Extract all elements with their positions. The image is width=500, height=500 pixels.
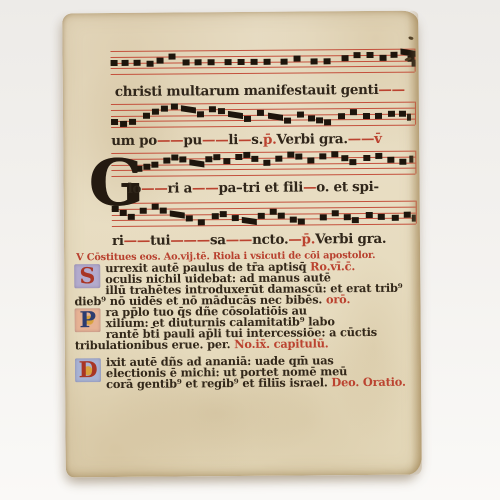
neume bbox=[143, 113, 150, 119]
prose-line: corā gentib⁹ et regib⁹ et filiīs israel.… bbox=[75, 376, 423, 390]
neume bbox=[225, 59, 232, 65]
neume bbox=[129, 119, 136, 125]
neume bbox=[399, 159, 406, 165]
neume bbox=[264, 59, 271, 65]
neume bbox=[388, 111, 395, 117]
neume bbox=[363, 155, 370, 161]
chant-syllable: um po bbox=[111, 133, 157, 149]
neume bbox=[331, 151, 338, 157]
chant-syllable: Verbi gra. bbox=[276, 131, 347, 148]
neume bbox=[223, 158, 230, 164]
chant-syllable: ri bbox=[112, 233, 124, 249]
neume bbox=[378, 214, 385, 220]
prose-text-layer: Surrexit autē paulus de tr̄a aptisq̄ Ro.… bbox=[62, 11, 418, 14]
chant-rubric-segment: v̄ bbox=[374, 131, 382, 147]
neume bbox=[235, 154, 242, 160]
prose-text: corā gentib⁹ et regib⁹ et filiīs israel. bbox=[106, 375, 328, 391]
music-staves bbox=[62, 11, 418, 14]
neume bbox=[270, 209, 277, 215]
neume bbox=[350, 109, 357, 115]
neume bbox=[316, 117, 323, 123]
neume bbox=[220, 211, 227, 217]
prose-line: tribulationibus erue. per. No.ix̄. capit… bbox=[75, 337, 423, 351]
prose-paragraph: Dixit autē dñs ad ananiā: uade qm̄ uasel… bbox=[75, 355, 423, 390]
neume bbox=[120, 121, 127, 127]
neume bbox=[332, 210, 339, 216]
neume bbox=[298, 219, 305, 225]
music-staff bbox=[112, 201, 417, 226]
prose-paragraph: Surrexit autē paulus de tr̄a aptisq̄ Ro.… bbox=[74, 261, 422, 307]
illuminated-initial-P: P bbox=[74, 308, 100, 332]
chant-text-line: um po——pu——li—s.p̄.Verbi gra.——v̄ bbox=[111, 132, 382, 149]
chant-rubric-segment: p̄. bbox=[263, 132, 277, 148]
neume bbox=[295, 154, 302, 160]
neume bbox=[320, 214, 327, 220]
chant-syllable: sa bbox=[210, 232, 226, 248]
neume bbox=[275, 156, 282, 162]
neume bbox=[163, 158, 170, 164]
chant-rubric-segment: —— bbox=[157, 132, 184, 148]
neume bbox=[257, 110, 264, 116]
neume bbox=[197, 111, 204, 117]
initial-letter: D bbox=[78, 359, 97, 381]
chant-text-line: ri——tui———sa——ncto.—p̄.Verbi gra. bbox=[112, 232, 386, 249]
neume bbox=[344, 214, 351, 220]
chant-rubric-segment: — bbox=[303, 179, 316, 195]
chant-rubric-segment: —— bbox=[124, 233, 151, 249]
chant-rubric-segment: —— bbox=[141, 181, 168, 197]
music-staff bbox=[111, 102, 416, 127]
illuminated-initial-D: D bbox=[75, 358, 101, 382]
staff-line bbox=[111, 174, 415, 177]
chant-rubric-segment: —— bbox=[378, 82, 405, 98]
illuminated-initial-S: S bbox=[74, 264, 100, 288]
neume bbox=[179, 156, 186, 162]
chant-rubric-segment: ——— bbox=[170, 232, 210, 248]
neume bbox=[244, 116, 251, 122]
neume bbox=[307, 157, 314, 163]
neume bbox=[294, 56, 301, 62]
staff-line bbox=[111, 168, 415, 171]
neume bbox=[363, 113, 370, 119]
chant-syllable: pa–tri et fili bbox=[218, 180, 303, 197]
neume bbox=[238, 59, 245, 65]
chant-syllable: Verbi gra. bbox=[315, 231, 386, 248]
neume bbox=[366, 212, 373, 218]
staff-line bbox=[111, 125, 415, 128]
chant-rubric-segment: — bbox=[238, 132, 251, 148]
neume bbox=[290, 217, 297, 223]
prose-paragraph: Pra pp̄lo tuo q̄s dñe cōsolatiōis auxili… bbox=[74, 305, 422, 351]
chant-rubric-segment: —— bbox=[226, 232, 253, 248]
neume bbox=[111, 119, 118, 125]
neume bbox=[297, 112, 304, 118]
neume bbox=[353, 52, 360, 58]
chant-rubric-segment: — bbox=[288, 232, 301, 248]
neume bbox=[311, 58, 318, 64]
neume bbox=[170, 210, 185, 218]
neume bbox=[195, 59, 202, 65]
chant-syllable: ri a bbox=[167, 180, 192, 196]
neume bbox=[189, 159, 204, 167]
neume bbox=[183, 59, 190, 65]
rubric-segment: Deo. Oratio. bbox=[328, 375, 406, 390]
staff-line bbox=[111, 102, 415, 105]
manuscript-photo: G christi multarum manifestauit genti——u… bbox=[0, 0, 500, 500]
chant-syllable: lo bbox=[128, 181, 142, 197]
neume bbox=[169, 54, 176, 60]
neume bbox=[375, 113, 382, 119]
staff-line bbox=[112, 218, 416, 221]
staff-line bbox=[111, 119, 415, 122]
neume bbox=[152, 204, 159, 210]
staff-line bbox=[111, 72, 415, 75]
chant-syllable: s. bbox=[251, 132, 263, 148]
initial-letter: S bbox=[79, 265, 95, 287]
neume bbox=[243, 152, 250, 158]
chant-syllable: pu bbox=[183, 132, 202, 148]
neume bbox=[205, 156, 212, 162]
neume bbox=[160, 208, 167, 214]
neume bbox=[228, 111, 243, 119]
neume bbox=[278, 213, 285, 219]
neume bbox=[186, 215, 193, 221]
neume bbox=[157, 58, 164, 64]
neume bbox=[209, 106, 216, 112]
staff-line bbox=[112, 224, 416, 227]
neume bbox=[281, 59, 288, 65]
chant-rubric-segment: —— bbox=[348, 131, 375, 147]
neume bbox=[198, 219, 205, 225]
neume bbox=[392, 215, 399, 221]
neume bbox=[134, 60, 141, 66]
neume bbox=[171, 154, 178, 160]
music-staff bbox=[110, 49, 415, 74]
manuscript-leaf: G christi multarum manifestauit genti——u… bbox=[62, 11, 422, 478]
neume bbox=[390, 52, 397, 58]
staff-line bbox=[111, 66, 415, 69]
neume bbox=[208, 59, 215, 65]
chant-syllable: christi multarum manifestauit genti bbox=[115, 82, 379, 100]
neume bbox=[258, 213, 265, 219]
chant-text-line: christi multarum manifestauit genti—— bbox=[115, 83, 405, 100]
neume bbox=[380, 55, 387, 61]
neume bbox=[242, 217, 257, 225]
chant-syllable: ncto. bbox=[252, 232, 288, 248]
neume bbox=[213, 154, 220, 160]
neume bbox=[319, 153, 326, 159]
neume bbox=[399, 111, 406, 117]
rubric-segment: No.ix̄. capitulū. bbox=[230, 336, 328, 351]
neume bbox=[324, 58, 331, 64]
neume bbox=[284, 118, 291, 124]
neume bbox=[251, 156, 258, 162]
neume bbox=[218, 108, 225, 114]
neume bbox=[338, 113, 345, 119]
rubric-segment: orō. bbox=[322, 292, 350, 306]
neume bbox=[232, 215, 239, 221]
neume bbox=[341, 155, 348, 161]
page-edge bbox=[407, 11, 422, 475]
prose-text: tribulationibus erue. per. bbox=[75, 337, 231, 352]
music-staff bbox=[111, 151, 416, 176]
neume bbox=[324, 119, 331, 125]
neume bbox=[387, 157, 394, 163]
neume bbox=[143, 164, 150, 170]
chant-rubric-segment: —— bbox=[192, 180, 219, 196]
neume bbox=[287, 152, 294, 158]
chant-rubric-segment: p̄. bbox=[301, 231, 315, 247]
neume bbox=[342, 55, 349, 61]
chant-text-layer: christi multarum manifestauit genti——um … bbox=[62, 11, 418, 14]
staff-line bbox=[111, 151, 415, 154]
neume bbox=[181, 105, 196, 113]
chant-syllable: tui bbox=[150, 233, 170, 249]
neume bbox=[251, 59, 258, 65]
neume bbox=[349, 159, 356, 165]
chant-rubric-segment: —— bbox=[202, 132, 229, 148]
neume bbox=[152, 109, 159, 115]
neume bbox=[161, 106, 168, 112]
initial-letter: P bbox=[79, 309, 96, 331]
neume bbox=[366, 52, 373, 58]
neume bbox=[308, 115, 315, 121]
neume bbox=[151, 162, 158, 168]
chant-syllable: li bbox=[228, 132, 238, 148]
neume bbox=[263, 160, 270, 166]
neume bbox=[375, 153, 382, 159]
neume bbox=[122, 60, 129, 66]
neume bbox=[111, 60, 118, 66]
neume bbox=[352, 217, 359, 223]
neume bbox=[171, 103, 178, 109]
neume bbox=[147, 61, 154, 67]
neume bbox=[212, 213, 219, 219]
chant-text-line: lo——ri a——pa–tri et fili—o. et spi- bbox=[128, 180, 379, 197]
chant-syllable: o. et spi- bbox=[316, 179, 379, 195]
